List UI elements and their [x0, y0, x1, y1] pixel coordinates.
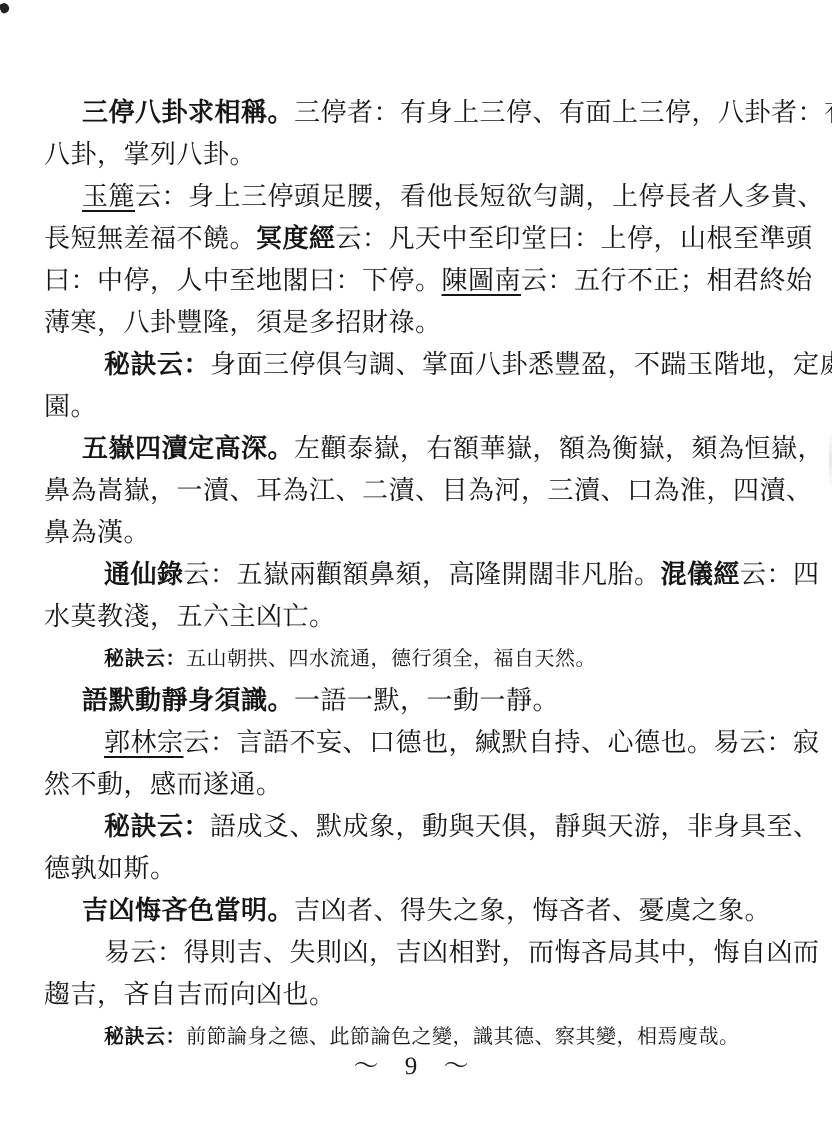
emphasized-text: 秘訣云： — [104, 648, 186, 670]
text-segment: 左顴泰嶽，右額華嶽，額為衡嶽，頦為恒嶽， — [294, 434, 824, 463]
text-line: 鼻為嵩嶽，一瀆、耳為江、二瀆、目為河，三瀆、口為淮，四瀆、 — [44, 470, 790, 512]
text-line: 鼻為漢。 — [44, 512, 790, 554]
text-segment: 五山朝拱、四水流通，德行須全，福自天然。 — [186, 648, 596, 670]
page-number: ～ 9 ～ — [0, 1046, 832, 1082]
emphasized-text: 語默動靜身須識。 — [82, 686, 294, 715]
text-line: 易云：得則吉、失則凶，吉凶相對，而悔吝局其中，悔自凶而 — [44, 932, 790, 974]
text-segment: 然不動，感而遂通。 — [44, 770, 283, 799]
text-line: 長短無差福不饒。冥度經云：凡天中至印堂曰：上停，山根至準頭 — [44, 218, 790, 260]
text-segment: 鼻為漢。 — [44, 518, 150, 547]
emphasized-text: 五嶽四瀆定高深。 — [82, 434, 294, 463]
emphasized-text: 吉凶悔吝色當明。 — [82, 896, 294, 925]
text-line: 秘訣云：五山朝拱、四水流通，德行須全，福自天然。 — [44, 638, 790, 680]
text-line: 薄寒，八卦豐隆，須是多招財祿。 — [44, 302, 790, 344]
text-segment: 八卦，掌列八卦。 — [44, 140, 256, 169]
emphasized-text: 混儀經 — [661, 560, 741, 589]
text-line: 八卦，掌列八卦。 — [44, 134, 790, 176]
proper-noun-underlined: 陳圖南 — [442, 266, 522, 295]
emphasized-text: 冥度經 — [256, 224, 336, 253]
text-line: 語默動靜身須識。一語一默，一動一靜。 — [44, 680, 790, 722]
text-line: 德孰如斯。 — [44, 848, 790, 890]
body-text-block: 三停八卦求相稱。三停者：有身上三停、有面上三停，八卦者：有面列八卦，掌列八卦。玉… — [44, 92, 790, 1058]
text-line: 然不動，感而遂通。 — [44, 764, 790, 806]
emphasized-text: 秘訣云： — [104, 350, 210, 379]
text-segment: 三停者：有身上三停、有面上三停，八卦者：有面列 — [294, 98, 832, 127]
text-segment: 云：五嶽兩顴額鼻頦，高隆開闊非凡胎。 — [184, 560, 661, 589]
text-segment: 云：四 — [740, 560, 820, 589]
proper-noun-underlined: 郭林宗 — [104, 728, 184, 757]
text-segment: 云：凡天中至印堂曰：上停，山根至準頭 — [336, 224, 813, 253]
emphasized-text: 秘訣云： — [104, 812, 210, 841]
text-line: 郭林宗云：言語不妄、口德也，緘默自持、心德也。易云：寂 — [44, 722, 790, 764]
text-line: 趨吉，吝自吉而向凶也。 — [44, 974, 790, 1016]
text-segment: 身面三停俱勻調、掌面八卦悉豐盈，不踹玉階地，定處金谷 — [210, 350, 832, 379]
scanned-book-page: 三停八卦求相稱。三停者：有身上三停、有面上三停，八卦者：有面列八卦，掌列八卦。玉… — [0, 0, 832, 1136]
text-line: 曰：中停，人中至地閣曰：下停。陳圖南云：五行不正；相君終始 — [44, 260, 790, 302]
text-line: 園。 — [44, 386, 790, 428]
text-segment: 易云：得則吉、失則凶，吉凶相對，而悔吝局其中，悔自凶而 — [104, 938, 820, 967]
text-segment: 云：身上三停頭足腰，看他長短欲勻調，上停長者人多貴、 — [135, 182, 824, 211]
text-segment: 園。 — [44, 392, 97, 421]
text-line: 吉凶悔吝色當明。吉凶者、得失之象，悔吝者、憂虞之象。 — [44, 890, 790, 932]
text-segment: 云：五行不正；相君終始 — [521, 266, 813, 295]
text-line: 秘訣云：語成爻、默成象，動與天俱，靜與天游，非身具至、 — [44, 806, 790, 848]
text-line: 水莫教淺，五六主凶亡。 — [44, 596, 790, 638]
scan-speck-artifact — [0, 2, 11, 15]
text-segment: 德孰如斯。 — [44, 854, 177, 883]
text-segment: 鼻為嵩嶽，一瀆、耳為江、二瀆、目為河，三瀆、口為淮，四瀆、 — [44, 476, 813, 505]
text-segment: 長短無差福不饒。 — [44, 224, 256, 253]
text-line: 五嶽四瀆定高深。左顴泰嶽，右額華嶽，額為衡嶽，頦為恒嶽， — [44, 428, 790, 470]
text-line: 玉簏云：身上三停頭足腰，看他長短欲勻調，上停長者人多貴、 — [44, 176, 790, 218]
text-line: 通仙錄云：五嶽兩顴額鼻頦，高隆開闊非凡胎。混儀經云：四 — [44, 554, 790, 596]
text-segment: 前節論身之德、此節論色之變，識其德、察其變，相焉廋哉。 — [186, 1026, 740, 1048]
text-segment: 薄寒，八卦豐隆，須是多招財祿。 — [44, 308, 442, 337]
text-segment: 水莫教淺，五六主凶亡。 — [44, 602, 336, 631]
text-line: 三停八卦求相稱。三停者：有身上三停、有面上三停，八卦者：有面列 — [44, 92, 790, 134]
emphasized-text: 通仙錄 — [104, 560, 184, 589]
text-segment: 吉凶者、得失之象，悔吝者、憂虞之象。 — [294, 896, 771, 925]
text-segment: 一語一默，一動一靜。 — [294, 686, 559, 715]
emphasized-text: 秘訣云： — [104, 1026, 186, 1048]
text-segment: 云：言語不妄、口德也，緘默自持、心德也。易云：寂 — [184, 728, 820, 757]
text-segment: 語成爻、默成象，動與天俱，靜與天游，非身具至、 — [210, 812, 820, 841]
emphasized-text: 三停八卦求相稱。 — [82, 98, 294, 127]
text-line: 秘訣云：身面三停俱勻調、掌面八卦悉豐盈，不踹玉階地，定處金谷 — [44, 344, 790, 386]
text-segment: 趨吉，吝自吉而向凶也。 — [44, 980, 336, 1009]
text-segment: 曰：中停，人中至地閣曰：下停。 — [44, 266, 442, 295]
proper-noun-underlined: 玉簏 — [82, 182, 135, 211]
